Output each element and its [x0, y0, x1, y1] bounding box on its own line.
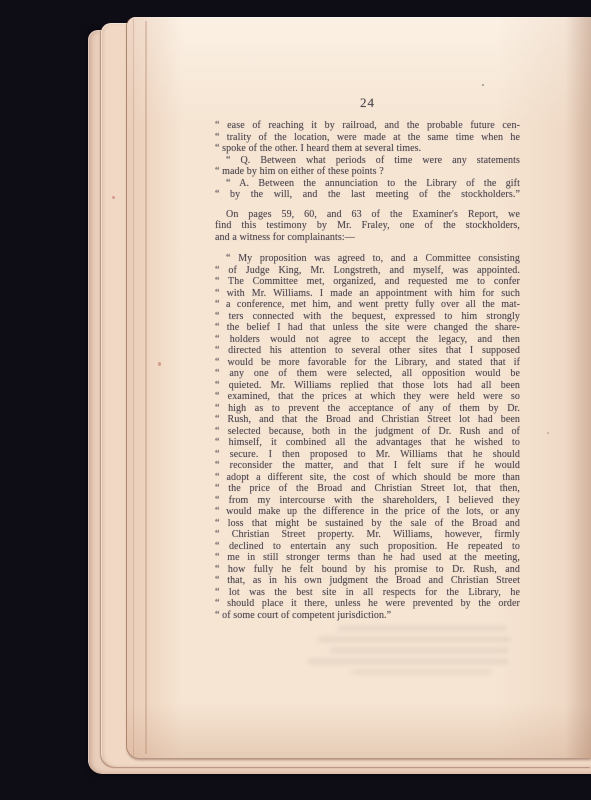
- text-line: “ would make up the difference in the pr…: [215, 506, 520, 518]
- text-line: “ directed his attention to several othe…: [215, 345, 520, 357]
- text-line: “ any one of them were selected, all opp…: [215, 368, 520, 380]
- text-line: “ by the will, and the last meeting of t…: [215, 189, 520, 201]
- gutter-line: [145, 21, 147, 754]
- text-line: “ Q. Between what periods of time were a…: [215, 155, 520, 167]
- text-line: On pages 59, 60, and 63 of the Examiner'…: [215, 209, 520, 221]
- text-line: “ a conference, met him, and went pretty…: [215, 299, 520, 311]
- text-line: “ how fully he felt bound by his promise…: [215, 564, 520, 576]
- text-line: “ adopt a different site, the cost of wh…: [215, 472, 520, 484]
- text-line: “ lot was the best site in all respects …: [215, 587, 520, 599]
- text-line: “ the price of the Broad and Christian S…: [215, 483, 520, 495]
- text-line: “ examined, that the prices at which the…: [215, 391, 520, 403]
- text-line: “ Rush, and that the Broad and Christian…: [215, 414, 520, 426]
- text-line: “ A. Between the annunciation to the Lib…: [215, 178, 520, 190]
- page-number: 24: [215, 95, 520, 111]
- text-line: “ selected because, both in the judgment…: [215, 426, 520, 438]
- text-line: “ secure. I then proposed to Mr. William…: [215, 449, 520, 461]
- text-line: “ high as to prevent the acceptance of a…: [215, 403, 520, 415]
- quoted-testimony-block-2: “ My proposition was agreed to, and a Co…: [215, 253, 520, 621]
- text-line: “ declined to entertain any such proposi…: [215, 541, 520, 553]
- text-line: “ should place it there, unless he were …: [215, 598, 520, 610]
- text-line: “ from my intercourse with the sharehold…: [215, 495, 520, 507]
- text-line: “ that, as in his own judgment the Broad…: [215, 575, 520, 587]
- text-line: “ ters connected with the bequest, expre…: [215, 311, 520, 323]
- narrative-paragraph: On pages 59, 60, and 63 of the Examiner'…: [215, 209, 520, 244]
- text-line: “ the belief I had that unless the site …: [215, 322, 520, 334]
- text-line: “ made by him on either of these points …: [215, 166, 520, 178]
- text-line: “ My proposition was agreed to, and a Co…: [215, 253, 520, 265]
- text-column: “ ease of reaching it by railroad, and t…: [215, 120, 520, 621]
- gutter-line: [133, 19, 134, 756]
- text-line: “ reconsider the matter, and that I felt…: [215, 460, 520, 472]
- text-line: “ of Judge King, Mr. Longstreth, and mys…: [215, 265, 520, 277]
- text-line: find this testimony by Mr. Fraley, one o…: [215, 220, 520, 232]
- text-line: “ Christian Street property. Mr. William…: [215, 529, 520, 541]
- text-line: “ quieted. Mr. Williams replied that tho…: [215, 380, 520, 392]
- text-line: “ of some court of competent jurisdictio…: [215, 610, 520, 622]
- text-line: and a witness for complainants:—: [215, 232, 520, 244]
- text-line: “ The Committee met, organized, and requ…: [215, 276, 520, 288]
- text-line: “ ease of reaching it by railroad, and t…: [215, 120, 520, 132]
- scanned-book-background: 24 “ ease of reaching it by railroad, an…: [0, 0, 591, 800]
- text-line: “ would be more favorable for the Librar…: [215, 357, 520, 369]
- text-line: “ holders would not agree to accept the …: [215, 334, 520, 346]
- text-line: “ with Mr. Williams. I made an appointme…: [215, 288, 520, 300]
- text-line: “ himself, it combined all the advantage…: [215, 437, 520, 449]
- text-line: “ trality of the location, were made at …: [215, 132, 520, 144]
- text-line: “ spoke of the other. I heard them at se…: [215, 143, 520, 155]
- quoted-testimony-block-1: “ ease of reaching it by railroad, and t…: [215, 120, 520, 201]
- text-line: “ me in still stronger terms than he had…: [215, 552, 520, 564]
- text-line: “ loss that might be sustained by the sa…: [215, 518, 520, 530]
